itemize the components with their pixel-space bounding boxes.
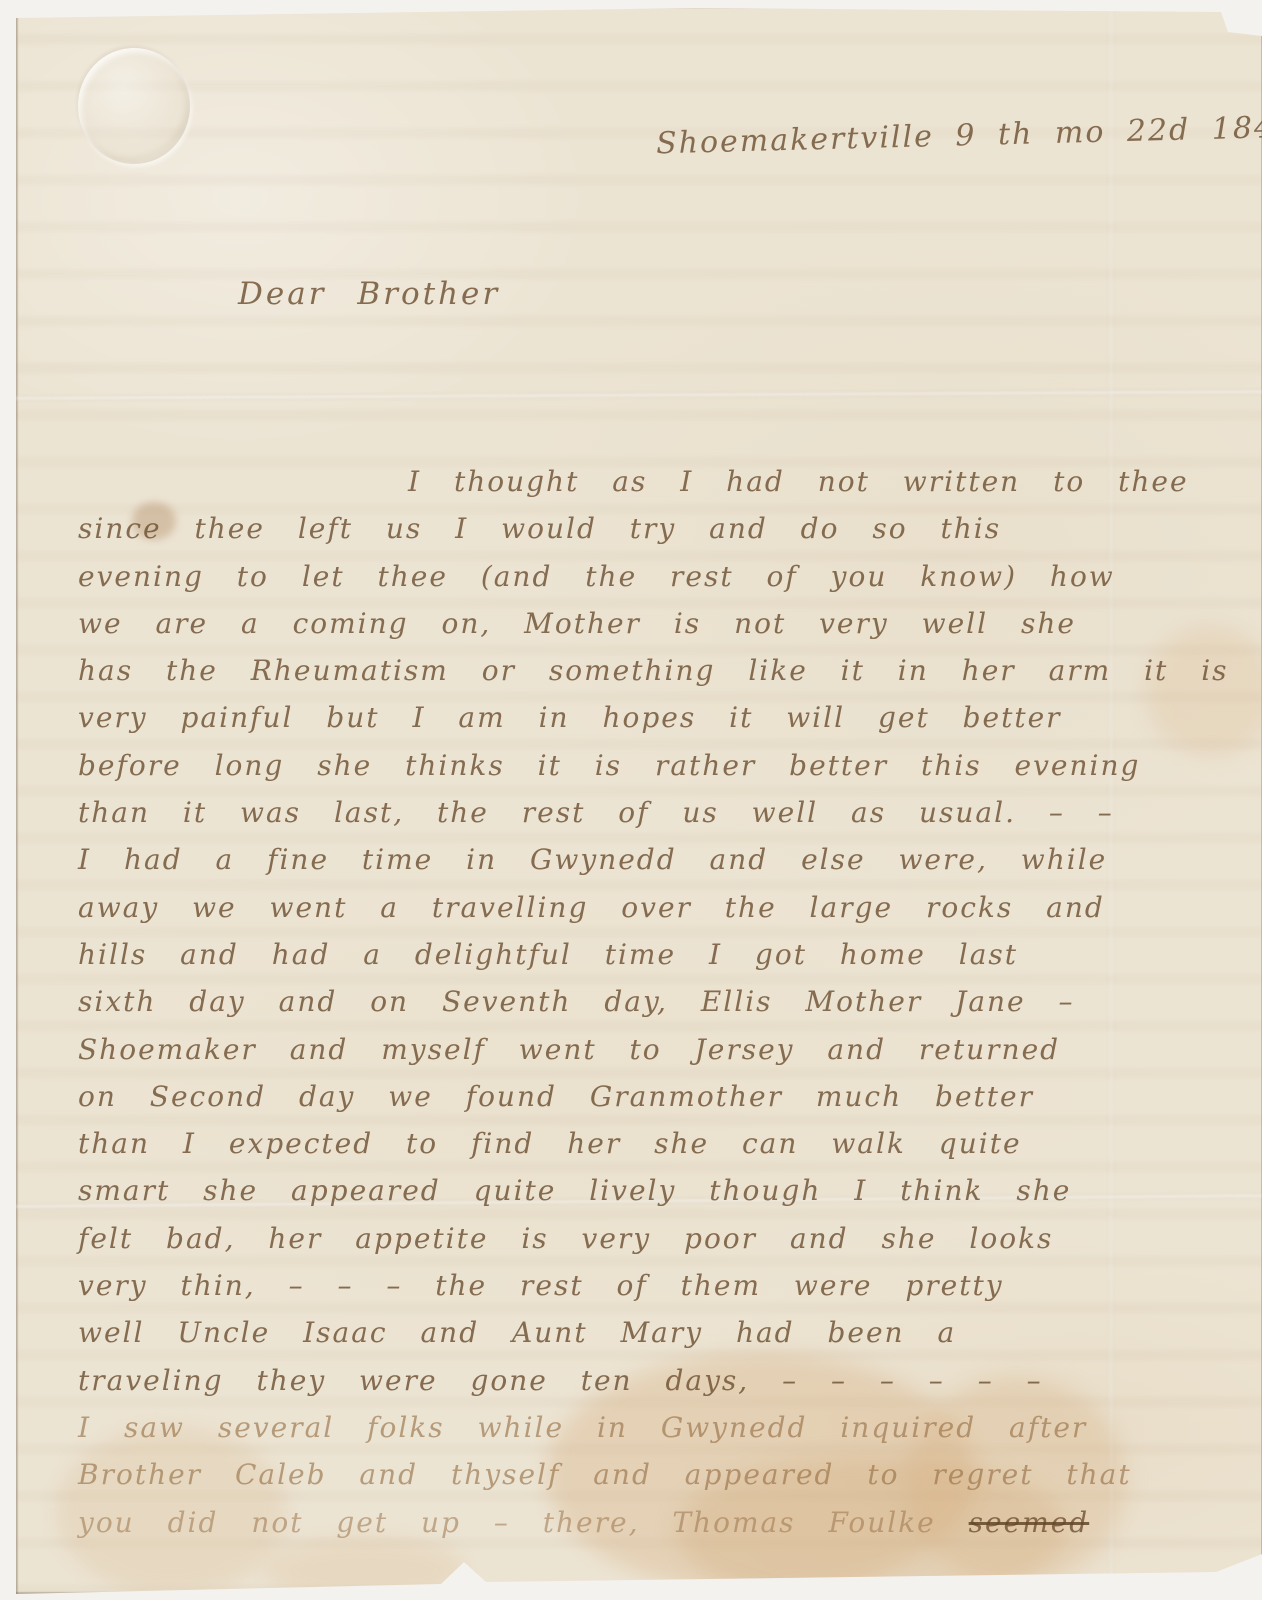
letter-line: very thin, – – – the rest of them were p… (78, 1262, 1242, 1309)
letter-line: smart she appeared quite lively though I… (78, 1167, 1242, 1214)
letter-line: very painful but I am in hopes it will g… (78, 694, 1242, 741)
last-line-text: you did not get up – there, Thomas Foulk… (78, 1506, 969, 1539)
letter-line: I saw several folks while in Gwynedd inq… (78, 1404, 1242, 1451)
letter-line: felt bad, her appetite is very poor and … (78, 1215, 1242, 1262)
letter-line: we are a coming on, Mother is not very w… (78, 600, 1242, 647)
salutation: Dear Brother (238, 276, 500, 312)
fold-crease-upper (16, 389, 1262, 402)
dateline: Shoemakertville 9 th mo 22d 1841 (656, 110, 1262, 162)
letter-line: Shoemaker and myself went to Jersey and … (78, 1026, 1242, 1073)
letter-line: I had a fine time in Gwynedd and else we… (78, 836, 1242, 883)
letter-line: away we went a travelling over the large… (78, 884, 1242, 931)
letter-line: before long she thinks it is rather bett… (78, 742, 1242, 789)
letter-line: on Second day we found Granmother much b… (78, 1073, 1242, 1120)
letter-page: Shoemakertville 9 th mo 22d 1841 Dear Br… (16, 6, 1262, 1594)
letter-line: sixth day and on Seventh day, Ellis Moth… (78, 978, 1242, 1025)
letter-line: than it was last, the rest of us well as… (78, 789, 1242, 836)
letter-line: since thee left us I would try and do so… (78, 505, 1242, 552)
letter-line: evening to let thee (and the rest of you… (78, 553, 1242, 600)
letter-line: hills and had a delightful time I got ho… (78, 931, 1242, 978)
letter-line: I thought as I had not written to thee (78, 458, 1242, 505)
embossed-seal (78, 48, 190, 164)
letter-line: has the Rheumatism or something like it … (78, 647, 1242, 694)
scan-background: Shoemakertville 9 th mo 22d 1841 Dear Br… (0, 0, 1262, 1600)
letter-line: than I expected to find her she can walk… (78, 1120, 1242, 1167)
letter-line: traveling they were gone ten days, – – –… (78, 1357, 1242, 1404)
crossed-out-word: seemed (969, 1506, 1090, 1539)
letter-body: I thought as I had not written to thee s… (78, 458, 1242, 1546)
letter-line-last: you did not get up – there, Thomas Foulk… (78, 1499, 1242, 1546)
letter-line: Brother Caleb and thyself and appeared t… (78, 1451, 1242, 1498)
letter-line: well Uncle Isaac and Aunt Mary had been … (78, 1309, 1242, 1356)
